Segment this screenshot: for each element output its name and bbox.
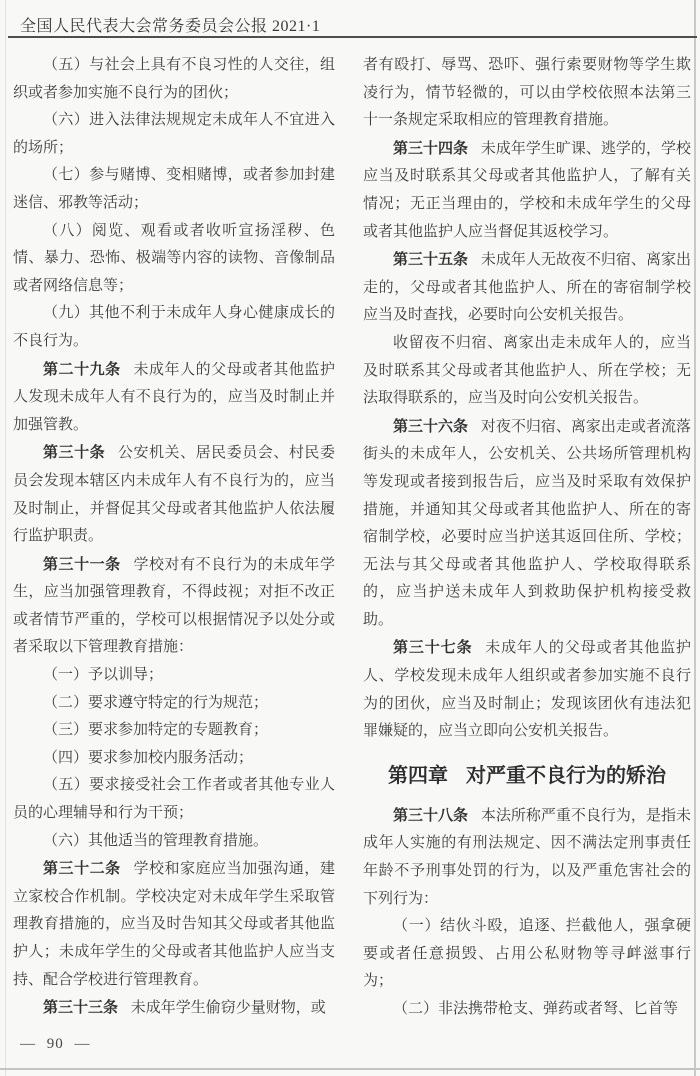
article-paragraph: 第三十七条未成年人的父母或者其他监护人、学校发现未成年人组织或者参加实施不良行为…: [363, 634, 691, 745]
article-paragraph: 第三十一条学校对有不良行为的未成年学生，应当加强管理教育，不得歧视；对拒不改正或…: [13, 551, 335, 662]
gazette-page: 全国人民代表大会常务委员会公报 2021·1 （五）与社会上具有不良习性的人交往…: [0, 0, 700, 1076]
article-paragraph: 第三十二条学校和家庭应当加强沟通，建立家校合作机制。学校决定对未成年学生采取管理…: [13, 855, 335, 994]
body-paragraph: 收留夜不归宿、离家出走未成年人的，应当及时联系其父母或者其他监护人、所在学校；无…: [363, 330, 691, 413]
body-paragraph: （九）其他不利于未成年人身心健康成长的不良行为。: [13, 300, 335, 355]
body-paragraph: （七）参与赌博、变相赌博，或者参加封建迷信、邪教等活动；: [13, 162, 335, 217]
body-paragraph: （四）要求参加校内服务活动；: [13, 745, 335, 773]
left-text-column: （五）与社会上具有不良习性的人交往，组织或者参加实施不良行为的团伙；（六）进入法…: [13, 52, 335, 1023]
page-number: — 90 —: [20, 1036, 91, 1053]
body-paragraph: （二）要求遵守特定的行为规范；: [13, 690, 335, 718]
body-paragraph: 者有殴打、辱骂、恐吓、强行索要财物等学生欺凌行为，情节轻微的，可以由学校依照本法…: [363, 52, 691, 135]
article-number-label: 第三十一条: [43, 556, 121, 573]
body-paragraph: （二）非法携带枪支、弹药或者弩、匕首等: [363, 996, 691, 1024]
article-paragraph: 第三十四条未成年学生旷课、逃学的，学校应当及时联系其父母或者其他监护人，了解有关…: [363, 135, 691, 246]
body-paragraph: （五）要求接受社会工作者或者其他专业人员的心理辅导和行为干预；: [13, 772, 335, 827]
body-paragraph: （三）要求参加特定的专题教育；: [13, 717, 335, 745]
article-number-label: 第三十三条: [43, 999, 118, 1016]
page-edge-bottom-line: [0, 1068, 700, 1070]
article-number-label: 第三十六条: [393, 418, 468, 435]
body-paragraph: （五）与社会上具有不良习性的人交往，组织或者参加实施不良行为的团伙；: [13, 52, 335, 107]
article-paragraph: 第三十条公安机关、居民委员会、村民委员会发现本辖区内未成年人有不良行为的，应当及…: [13, 439, 335, 550]
header-rule: [8, 36, 697, 38]
article-paragraph: 第二十九条未成年人的父母或者其他监护人发现未成年人有不良行为的，应当及时制止并加…: [13, 356, 335, 440]
right-text-column: 者有殴打、辱骂、恐吓、强行索要财物等学生欺凌行为，情节轻微的，可以由学校依照本法…: [363, 52, 691, 1024]
article-paragraph: 第三十六条对夜不归宿、离家出走或者流落街头的未成年人，公安机关、公共场所管理机构…: [363, 413, 691, 635]
article-paragraph: 第三十五条未成年人无故夜不归宿、离家出走的，父母或者其他监护人、所在的寄宿制学校…: [363, 246, 691, 330]
gazette-header-title: 全国人民代表大会常务委员会公报 2021·1: [20, 13, 320, 36]
article-number-label: 第三十条: [43, 444, 105, 461]
article-number-label: 第三十七条: [393, 639, 472, 656]
body-paragraph: （六）进入法律法规规定未成年人不宜进入的场所；: [13, 107, 335, 162]
chapter-number: 第四章: [388, 765, 448, 787]
chapter-heading: 第四章对严重不良行为的矫治: [363, 762, 691, 790]
chapter-title: 对严重不良行为的矫治: [466, 765, 666, 787]
body-paragraph: （六）其他适当的管理教育措施。: [13, 828, 335, 856]
article-number-label: 第三十二条: [43, 860, 121, 877]
article-number-label: 第三十八条: [393, 807, 468, 824]
page-edge-right-line: [694, 0, 696, 1076]
page-edge-left-line: [5, 0, 6, 1076]
body-paragraph: （八）阅览、观看或者收听宣扬淫秽、色情、暴力、恐怖、极端等内容的读物、音像制品或…: [13, 218, 335, 301]
body-paragraph: （一）结伙斗殴，追逐、拦截他人，强拿硬要或者任意损毁、占用公私财物等寻衅滋事行为…: [363, 913, 691, 996]
article-number-label: 第三十五条: [393, 251, 468, 268]
body-paragraph: （一）予以训导；: [13, 662, 335, 690]
article-paragraph: 第三十八条本法所称严重不良行为，是指未成年人实施的有刑法规定、因不满法定刑事责任…: [363, 802, 691, 913]
article-number-label: 第二十九条: [43, 361, 121, 378]
article-number-label: 第三十四条: [393, 140, 468, 157]
article-paragraph: 第三十三条未成年学生偷窃少量财物，或: [13, 994, 335, 1023]
